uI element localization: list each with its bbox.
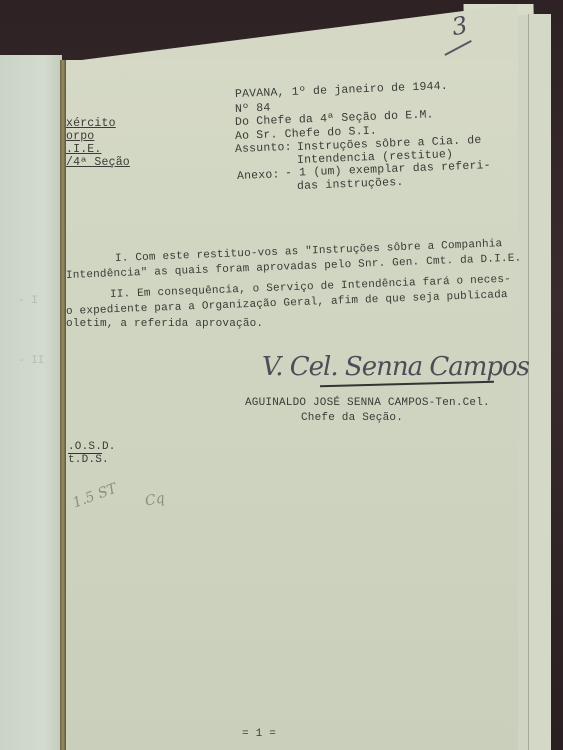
- pencil-mark: Cq: [144, 490, 166, 509]
- back-sheet: [528, 14, 551, 750]
- distribution-line: t.D.S.: [68, 454, 109, 466]
- signatory-title: Chefe da Seção.: [301, 412, 403, 424]
- header-left-line: xército: [66, 117, 116, 130]
- handwritten-signature: V. Cel. Senna Campos: [262, 352, 529, 382]
- signatory-name: AGUINALDO JOSÉ SENNA CAMPOS-Ten.Cel.: [245, 397, 490, 409]
- left-page-ghost-text: - I: [18, 295, 38, 307]
- distribution-line: .O.S.D.: [68, 441, 116, 453]
- annex-label: Anexo:: [237, 168, 280, 183]
- left-page-ghost-text: - II: [18, 355, 44, 367]
- header-left-line: /4ª Seção: [66, 156, 130, 169]
- footer-page-number: = 1 =: [242, 728, 276, 740]
- paragraph-2-line: oletim, a referida aprovação.: [66, 318, 263, 330]
- header-left-line: .I.E.: [66, 143, 102, 156]
- header-left-line: orpo: [66, 130, 94, 143]
- subject-label: Assunto:: [235, 141, 292, 156]
- left-facing-page: - I - II: [0, 55, 62, 750]
